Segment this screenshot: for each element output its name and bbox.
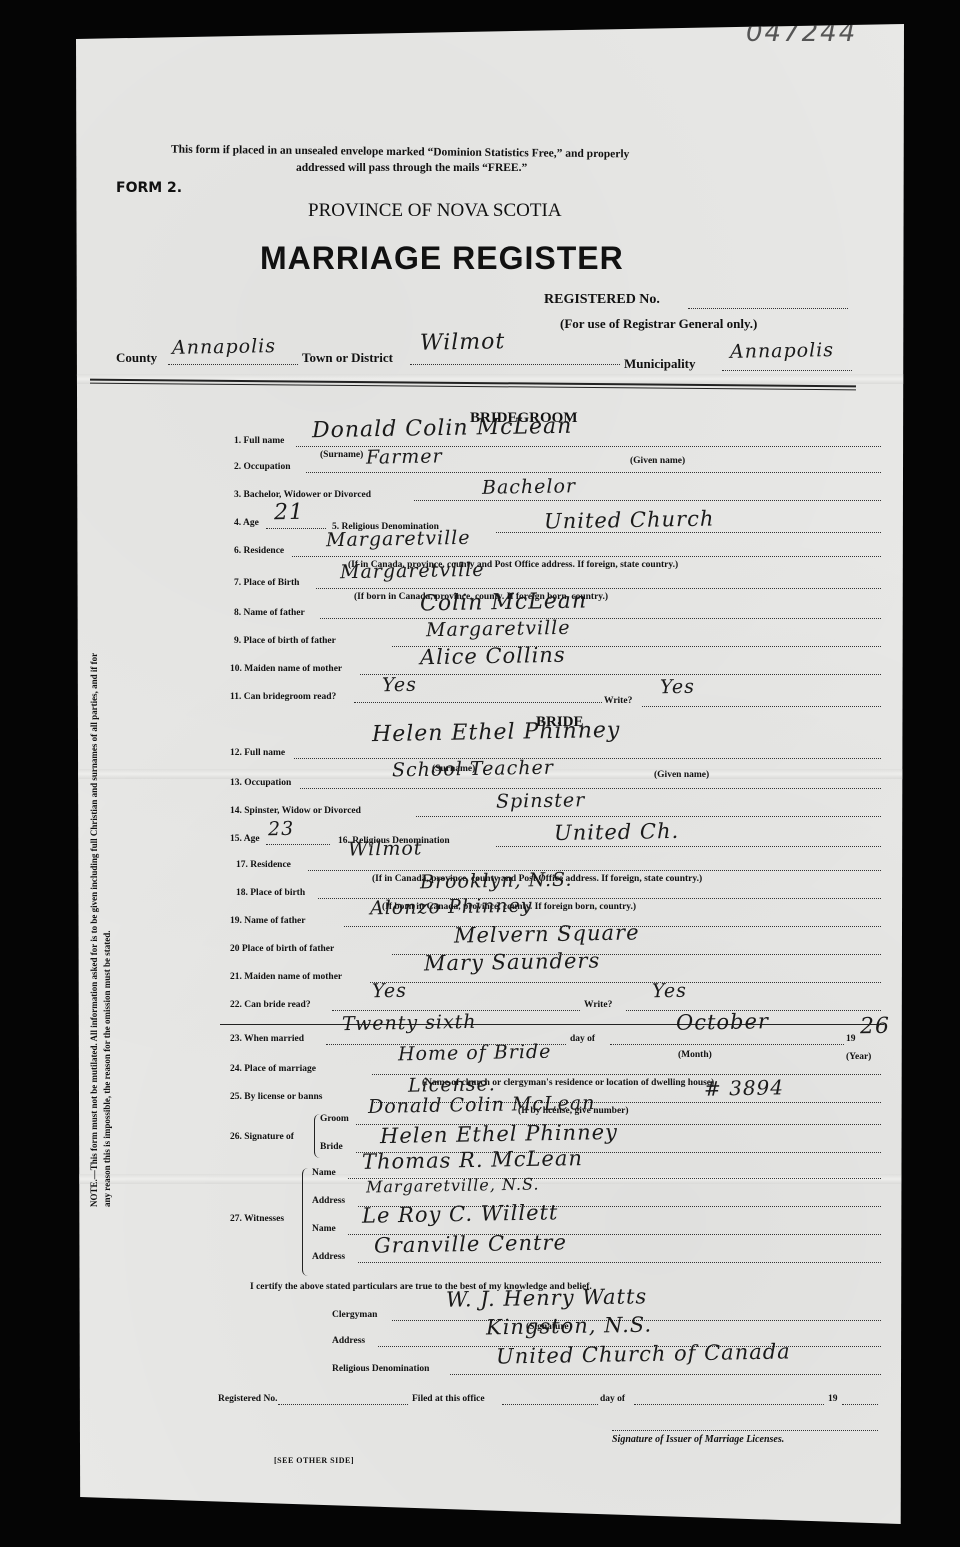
bride-age-value: 23 <box>268 818 295 840</box>
footer-registered-no-field[interactable] <box>278 1404 408 1405</box>
bride-status-value: Spinster <box>496 789 586 813</box>
label-father-name: 8. Name of father <box>234 608 305 618</box>
label-residence: 6. Residence <box>234 546 284 556</box>
province-title: PROVINCE OF NOVA SCOTIA <box>308 200 562 222</box>
footer-registered-no-label: Registered No. <box>218 1394 277 1404</box>
label-marital-status: 3. Bachelor, Widower or Divorced <box>234 490 371 500</box>
town-field[interactable] <box>410 364 620 365</box>
bride-residence-value: Wilmot <box>348 837 423 860</box>
bride-read-value: Yes <box>372 980 407 1003</box>
groom-status-value: Bachelor <box>482 475 576 499</box>
place-of-marriage-value: Home of Bride <box>398 1041 552 1066</box>
bride-full-name-field[interactable] <box>294 758 881 759</box>
postal-notice-line2: addressed will pass through the mails “F… <box>296 162 527 174</box>
groom-religion-value: United Church <box>544 507 715 534</box>
label-full-name: 1. Full name <box>234 436 284 446</box>
groom-age-field[interactable] <box>266 528 326 529</box>
groom-residence-field[interactable] <box>292 556 881 557</box>
groom-signature: Donald Colin McLean <box>368 1092 596 1118</box>
groom-birthplace-field[interactable] <box>316 588 881 589</box>
label-mother-maiden-name: 10. Maiden name of mother <box>230 664 342 674</box>
issuer-signature-label: Signature of Issuer of Marriage Licenses… <box>612 1434 784 1445</box>
see-other-side: [SEE OTHER SIDE] <box>274 1456 354 1465</box>
witness-1-name-label: Name <box>312 1168 336 1178</box>
municipality-label: Municipality <box>624 356 696 372</box>
year-hint: (Year) <box>846 1052 871 1062</box>
section-rule <box>220 1024 884 1025</box>
groom-father-birthplace-value: Margaretville <box>426 617 571 642</box>
groom-age-value: 21 <box>274 500 304 526</box>
bride-signature: Helen Ethel Phinney <box>380 1120 618 1148</box>
bride-occupation-value: School Teacher <box>392 757 554 782</box>
footer-year-prefix: 19 <box>828 1394 838 1404</box>
label-place-of-birth: 7. Place of Birth <box>234 578 299 588</box>
town-value: Wilmot <box>420 329 506 355</box>
label-witnesses: 27. Witnesses <box>230 1214 284 1224</box>
bride-occupation-field[interactable] <box>300 788 881 789</box>
month-hint: (Month) <box>678 1050 712 1060</box>
groom-birthplace-value: Margaretville <box>340 559 485 584</box>
county-value: Annapolis <box>172 335 276 359</box>
bride-status-field[interactable] <box>416 816 881 817</box>
label-father-birthplace: 9. Place of birth of father <box>234 636 336 646</box>
label-age: 4. Age <box>234 518 259 528</box>
label-mother-maiden-name: 21. Maiden name of mother <box>230 972 342 982</box>
groom-read-field[interactable] <box>354 702 602 703</box>
label-full-name: 12. Full name <box>230 748 285 758</box>
witness-2-address: Granville Centre <box>374 1230 567 1257</box>
footer-filed-label: Filed at this office <box>412 1394 485 1404</box>
bride-residence-field[interactable] <box>308 870 881 871</box>
label-bride: Bride <box>320 1142 343 1152</box>
groom-occupation-field[interactable] <box>306 472 881 473</box>
label-license-or-banns: 25. By license or banns <box>230 1092 322 1102</box>
label-place-of-birth: 18. Place of birth <box>236 888 305 898</box>
bride-birthplace-value: Brooklyn, N.S. <box>420 869 573 894</box>
bride-father-birthplace-value: Melvern Square <box>454 920 640 947</box>
given-name-hint: (Given name) <box>654 770 709 780</box>
side-note: NOTE.—This form must not be mutilated. A… <box>88 647 114 1207</box>
witness-2-name-label: Name <box>312 1224 336 1234</box>
label-father-name: 19. Name of father <box>230 916 305 926</box>
postal-notice-line1: This form if placed in an unsealed envel… <box>171 144 629 161</box>
witness-1-address-label: Address <box>312 1196 345 1206</box>
municipality-value: Annapolis <box>730 339 834 363</box>
footer-day-of-label: day of <box>600 1394 625 1404</box>
groom-father-field[interactable] <box>320 618 881 619</box>
license-number: # 3894 <box>704 1075 784 1100</box>
bride-age-field[interactable] <box>266 844 330 845</box>
label-occupation: 2. Occupation <box>234 462 290 472</box>
label-day-of: day of <box>570 1034 595 1044</box>
bride-mother-value: Mary Saunders <box>424 948 601 975</box>
bride-father-value: Alonzo Phinney <box>370 895 533 920</box>
footer-day-field[interactable] <box>634 1404 824 1405</box>
serial-number: 047244 <box>746 18 857 48</box>
bride-religion-field[interactable] <box>496 846 881 847</box>
issuer-signature-field[interactable] <box>612 1430 878 1431</box>
clergy-address: Kingston, N.S. <box>486 1313 653 1340</box>
label-can-read: 22. Can bride read? <box>230 1000 311 1010</box>
county-label: County <box>116 350 157 366</box>
groom-full-name-value: Donald Colin McLean <box>312 414 573 444</box>
label-signature-of: 26. Signature of <box>230 1132 294 1142</box>
groom-mother-field[interactable] <box>360 674 881 675</box>
municipality-field[interactable] <box>722 370 852 371</box>
year-prefix: 19 <box>846 1034 856 1044</box>
witness-1-name: Thomas R. McLean <box>362 1146 583 1174</box>
marriage-register-form: 047244 This form if placed in an unseale… <box>76 24 904 1524</box>
groom-occupation-value: Farmer <box>366 445 443 468</box>
label-clergy-address: Address <box>332 1336 365 1346</box>
label-place-of-marriage: 24. Place of marriage <box>230 1064 316 1074</box>
registered-no-field[interactable] <box>688 308 848 309</box>
clergy-denomination: United Church of Canada <box>496 1339 791 1368</box>
label-occupation: 13. Occupation <box>230 778 291 788</box>
groom-status-field[interactable] <box>414 500 881 501</box>
clergyman-signature: W. J. Henry Watts <box>446 1284 648 1312</box>
footer-filed-field[interactable] <box>502 1404 598 1405</box>
witness-2-name: Le Roy C. Willett <box>362 1200 559 1227</box>
witness-2-address-label: Address <box>312 1252 345 1262</box>
registered-no-label: REGISTERED No. <box>544 292 660 308</box>
label-can-read: 11. Can bridegroom read? <box>230 692 336 702</box>
form-number: FORM 2. <box>116 180 182 196</box>
bride-write-value: Yes <box>652 980 687 1003</box>
label-father-birthplace: 20 Place of birth of father <box>230 944 334 954</box>
groom-write-value: Yes <box>660 676 695 699</box>
day-value: Twenty sixth <box>342 1011 477 1035</box>
month-field[interactable] <box>610 1044 844 1045</box>
label-marital-status: 14. Spinster, Widow or Divorced <box>230 806 361 816</box>
label-can-write: Write? <box>604 696 632 706</box>
witness-1-address: Margaretville, N.S. <box>366 1174 540 1196</box>
page-title: MARRIAGE REGISTER <box>260 240 624 277</box>
month-value: October <box>676 1009 769 1035</box>
clergy-denomination-field[interactable] <box>450 1374 881 1375</box>
label-residence: 17. Residence <box>236 860 291 870</box>
groom-write-field[interactable] <box>642 706 881 707</box>
footer-year-field[interactable] <box>842 1404 878 1405</box>
registrar-note: (For use of Registrar General only.) <box>560 316 757 332</box>
label-when-married: 23. When married <box>230 1034 304 1044</box>
bride-full-name-value: Helen Ethel Phinney <box>372 718 621 747</box>
bride-mother-field[interactable] <box>370 982 881 983</box>
label-can-write: Write? <box>584 1000 612 1010</box>
label-clergyman: Clergyman <box>332 1310 377 1320</box>
label-age: 15. Age <box>230 834 260 844</box>
groom-father-value: Colin McLean <box>420 589 587 617</box>
label-groom: Groom <box>320 1114 349 1124</box>
county-field[interactable] <box>168 364 298 365</box>
surname-hint: (Surname) <box>320 450 363 460</box>
bride-religion-value: United Ch. <box>554 819 680 845</box>
town-label: Town or District <box>302 350 393 366</box>
label-clergy-denomination: Religious Denomination <box>332 1364 429 1374</box>
witness-2-address-field[interactable] <box>358 1262 881 1263</box>
year-value: 26 <box>860 1014 890 1040</box>
groom-read-value: Yes <box>382 674 417 697</box>
witness-brace <box>302 1168 311 1276</box>
groom-mother-value: Alice Collins <box>420 643 566 670</box>
groom-residence-value: Margaretville <box>326 527 471 552</box>
given-name-hint: (Given name) <box>630 456 685 466</box>
